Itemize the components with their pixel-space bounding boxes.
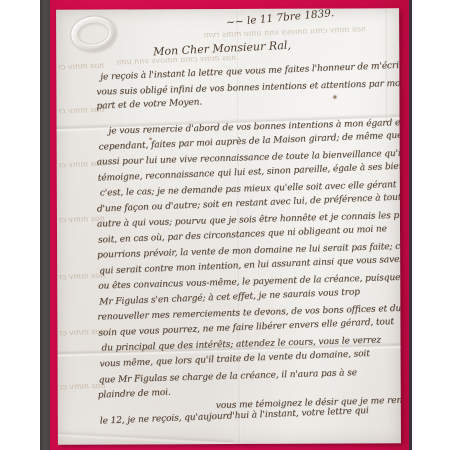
backdrop-dark-strip bbox=[40, 0, 50, 450]
diagonal-fold-crease bbox=[56, 430, 234, 445]
letter-line: que Mr Figulas se charge de la créance, … bbox=[99, 368, 358, 385]
embossed-seal-inner-ring bbox=[76, 21, 111, 47]
letter-salutation: Mon Cher Monsieur Ral, bbox=[153, 39, 291, 59]
embossed-seal bbox=[68, 13, 118, 55]
letter-dateline: ~~ le 11 7bre 1839. bbox=[226, 8, 335, 29]
ink-bleed-line: nos mmv cmu nmovs vnn umo mms rvm bbox=[58, 61, 104, 72]
letter-line: part et de votre Moyen. bbox=[96, 97, 202, 111]
letter-photo: nos mmv cmu nmovs vnn umo mms rvm nos mm… bbox=[0, 0, 450, 450]
letter-line: plaindre de moi. bbox=[98, 388, 171, 401]
letter-paper: nos mmv cmu nmovs vnn umo mms rvm nos mm… bbox=[56, 8, 401, 444]
foxing-speck bbox=[332, 95, 337, 100]
